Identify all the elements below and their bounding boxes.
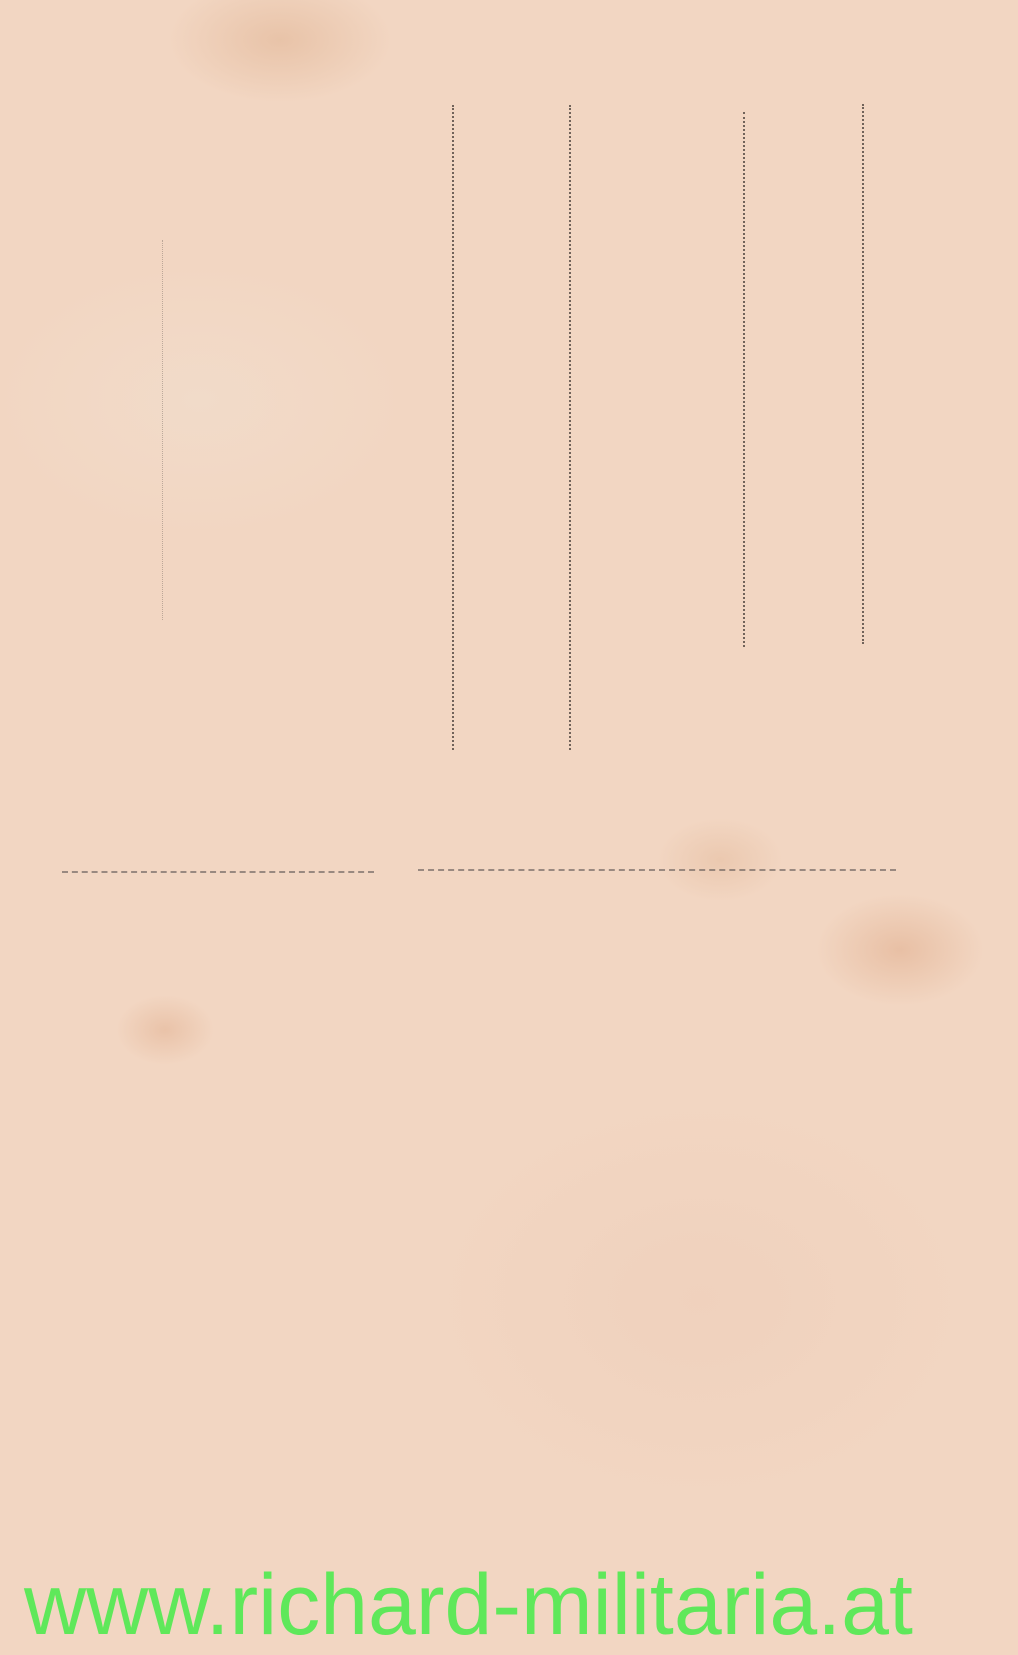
dotted-guide-line-3 — [743, 112, 745, 647]
dotted-guide-line-1 — [452, 105, 454, 750]
postcard-back: www.richard-militaria.at — [0, 0, 1018, 1655]
watermark-text: www.richard-militaria.at — [24, 1555, 913, 1655]
dotted-guide-line-4 — [862, 104, 864, 644]
faint-guide-line — [162, 240, 163, 620]
dotted-guide-line-2 — [569, 105, 571, 750]
divider-line-right — [418, 869, 896, 871]
divider-line-left — [62, 871, 374, 873]
